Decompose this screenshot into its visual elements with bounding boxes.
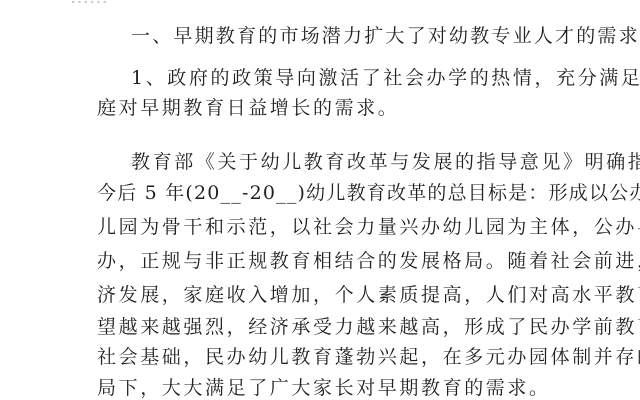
paragraph-2-line-4: 办，正规与非正规教育相结合的发展格局。随着社会前进，经 bbox=[97, 249, 547, 273]
section-heading: 一、早期教育的市场潜力扩大了对幼教专业人才的需求。 bbox=[131, 24, 581, 48]
paragraph-2-line-8: 局下，大大满足了广大家长对早期教育的需求。 bbox=[97, 376, 547, 400]
paragraph-2-line-2: 今后 5 年(20__-20__)幼儿教育改革的总目标是：形成以公办幼 bbox=[97, 181, 547, 205]
paragraph-2-line-6: 望越来越强烈，经济承受力越来越高，形成了民办学前教育的 bbox=[97, 315, 547, 339]
paragraph-2-line-1: 教育部《关于幼儿教育改革与发展的指导意见》明确指出： bbox=[131, 150, 581, 174]
paragraph-1-line-1: 1、政府的政策导向激活了社会办学的热情，充分满足了家 bbox=[131, 66, 581, 90]
cropped-top-line: …… bbox=[70, 0, 360, 3]
paragraph-2-line-7: 社会基础，民办幼儿教育蓬勃兴起，在多元办园体制并存的格 bbox=[97, 345, 547, 369]
paragraph-2-line-5: 济发展，家庭收入增加，个人素质提高，人们对高水平教育期 bbox=[97, 283, 547, 307]
document-page: …… 一、早期教育的市场潜力扩大了对幼教专业人才的需求。 1、政府的政策导向激活… bbox=[0, 0, 640, 400]
paragraph-2-line-3: 儿园为骨干和示范，以社会力量兴办幼儿园为主体，公办与民 bbox=[97, 215, 547, 239]
paragraph-1-line-2: 庭对早期教育日益增长的需求。 bbox=[97, 96, 547, 120]
